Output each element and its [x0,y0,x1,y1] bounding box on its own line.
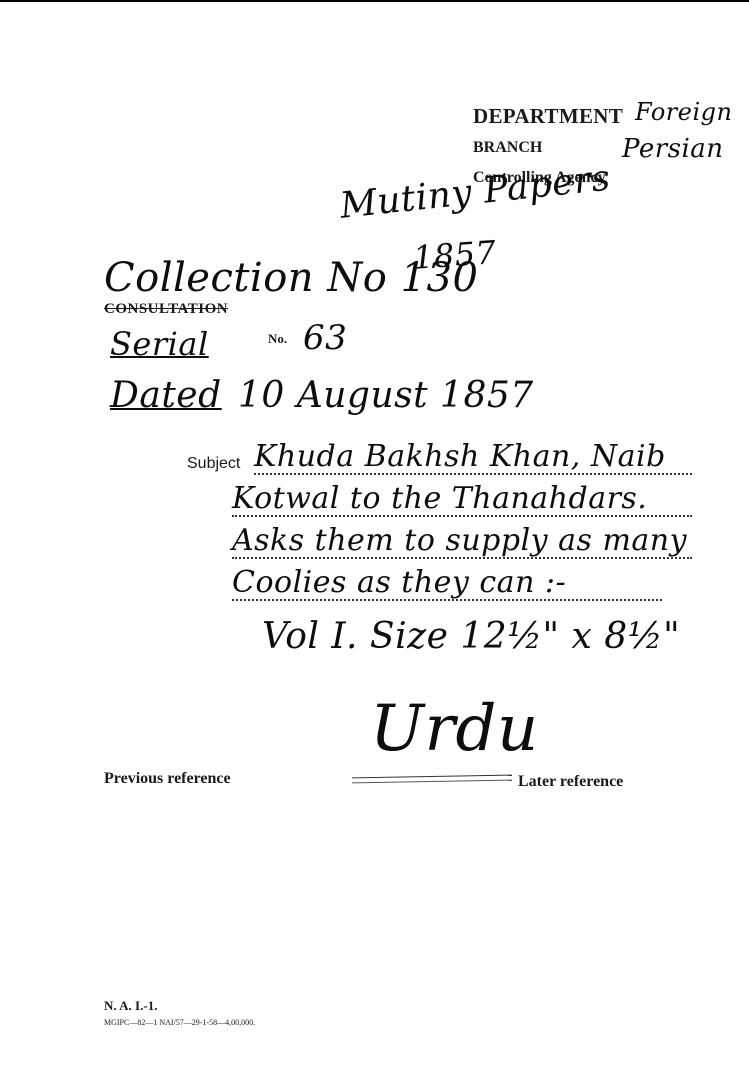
print-code: MGIPC—82—1 NAI/57—29-1-58—4,00,000. [104,1018,255,1027]
form-id: N. A. I.-1. [104,998,157,1014]
no-label: No. [268,331,287,347]
subject-label: Subject [187,455,240,473]
subject-line: Asks them to supply as many [232,524,692,559]
later-reference-label: Later reference [518,773,623,791]
serial-value: 63 [303,318,347,358]
department-value: Foreign [635,98,732,126]
page-top-border [0,0,749,2]
consultation-label-struck: CONSULTATION [104,301,228,318]
branch-value: Persian [622,134,724,164]
collection-number: Collection No 130 [104,255,478,301]
serial-label: Serial [110,325,209,363]
department-label: DEPARTMENT [473,104,623,129]
language-underline [352,775,512,784]
volume-size: Vol I. Size 12½" x 8½" [262,616,680,657]
subject-line: Kotwal to the Thanahdars. [232,482,692,517]
language-annotation: Urdu [370,692,539,766]
branch-label: BRANCH [473,139,542,157]
previous-reference-label: Previous reference [104,770,231,788]
subject-line: Coolies as they can :- [232,566,662,601]
subject-line: Khuda Bakhsh Khan, Naib [254,440,692,475]
dated-value: 10 August 1857 [238,375,534,416]
dated-label: Dated [110,375,222,416]
annotation-title: Mutiny Papers [338,158,612,227]
